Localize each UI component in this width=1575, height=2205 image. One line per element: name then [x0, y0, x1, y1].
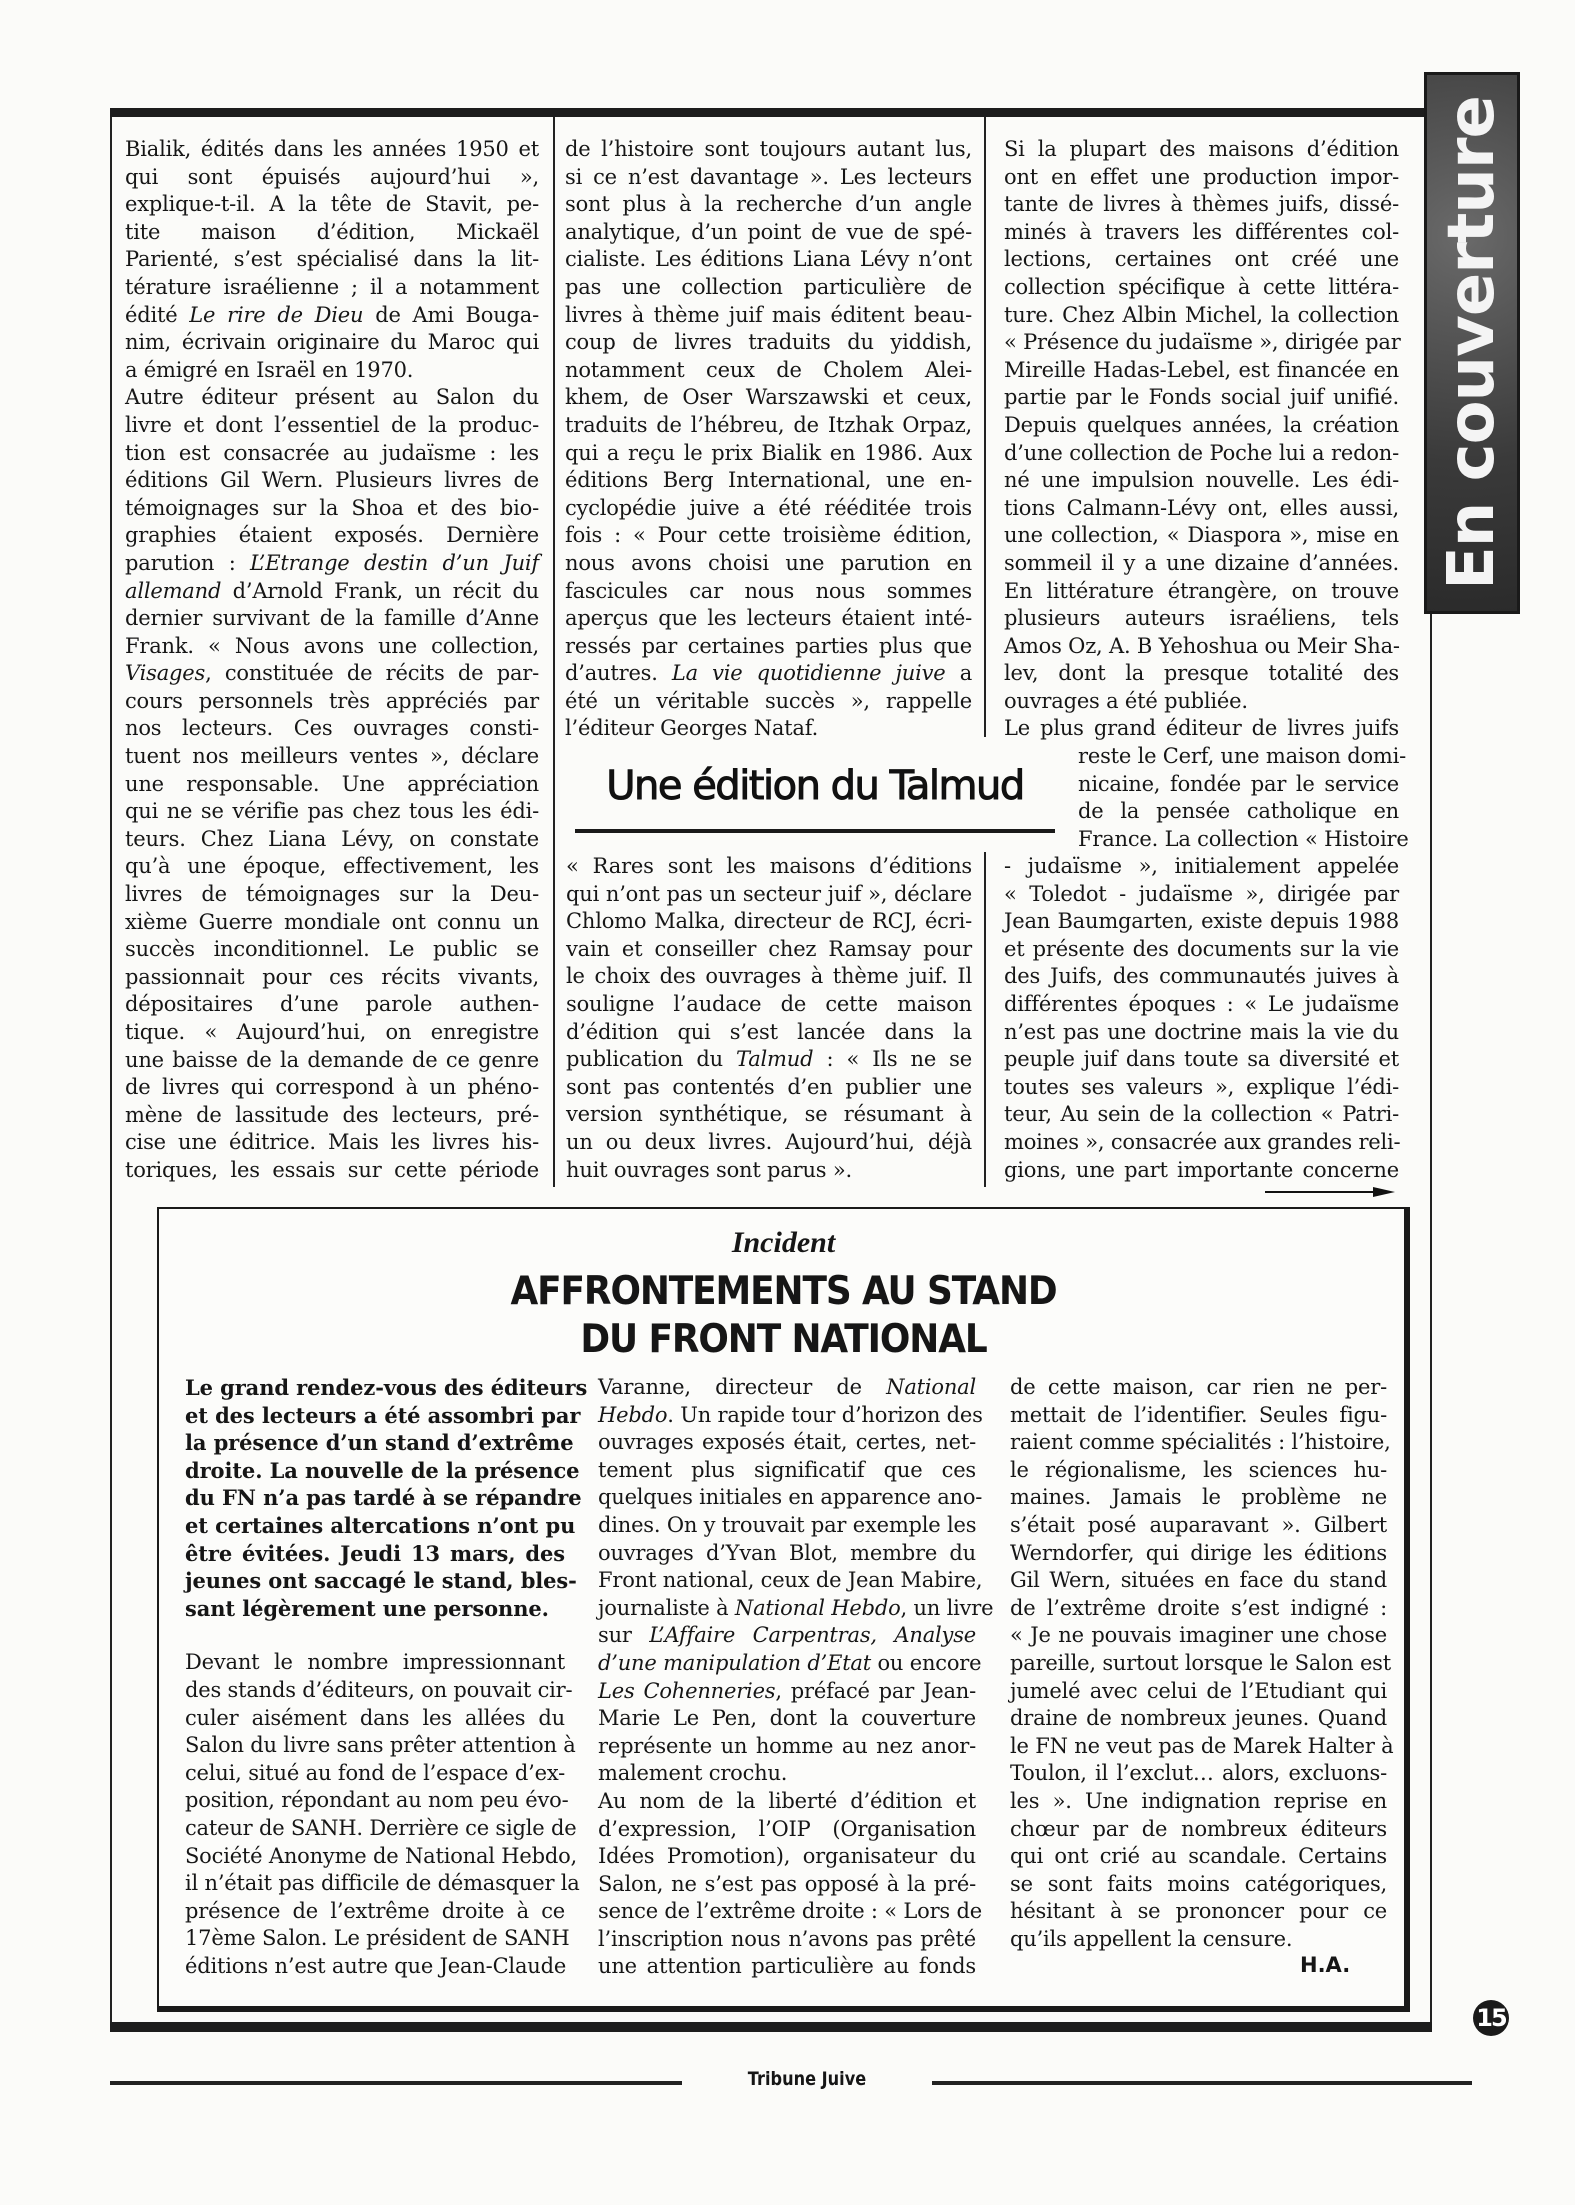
text-line: cise une éditrice. Mais les livres his- — [125, 1129, 539, 1157]
text-line: des stands d’éditeurs, on pouvait cir- — [185, 1677, 565, 1705]
text-line: ture. Chez Albin Michel, la collection — [1004, 302, 1399, 330]
text-line: Les Cohenneries, préfacé par Jean- — [598, 1678, 976, 1706]
text-line: tuent nos meilleurs ventes », déclare — [125, 743, 539, 771]
text-line: d’autres. La vie quotidienne juive a — [565, 660, 972, 688]
text-line: cours personnels très appréciés par — [125, 688, 539, 716]
text-line: droite. La nouvelle de la présence — [185, 1457, 565, 1485]
article-column-3-continued: - judaïsme », initialement appelée« Tole… — [1004, 853, 1399, 1184]
incident-headline: AFFRONTEMENTS AU STAND DU FRONT NATIONAL — [207, 1268, 1360, 1364]
text-line: Au nom de la liberté d’édition et — [598, 1788, 976, 1816]
text-line: d’une collection de Poche lui a redon- — [1004, 440, 1399, 468]
text-line: Si la plupart des maisons d’édition — [1004, 136, 1399, 164]
frame-bottom-rule — [110, 2022, 1432, 2032]
article-column-2: de l’histoire sont toujours autant lus,s… — [565, 136, 972, 743]
text-line: toriques, les essais sur cette période — [125, 1157, 539, 1185]
text-line: une responsable. Une appréciation — [125, 771, 539, 799]
text-line: qui ont crié au scandale. Certains — [1010, 1843, 1387, 1871]
text-line: éditions Gil Wern. Plusieurs livres de — [125, 467, 539, 495]
text-line: moines », consacrée aux grandes reli- — [1004, 1129, 1399, 1157]
text-line: ouvrages exposés était, certes, net- — [598, 1429, 976, 1457]
text-line: né une impulsion nouvelle. Les édi- — [1004, 467, 1399, 495]
text-line: position, répondant au nom peu évo- — [185, 1787, 565, 1815]
text-line: - judaïsme », initialement appelée — [1004, 853, 1399, 881]
text-line: d’expression, l’OIP (Organisation — [598, 1816, 976, 1844]
text-line: graphies étaient exposés. Dernière — [125, 522, 539, 550]
text-line: ouvrages a été publiée. — [1004, 688, 1399, 716]
text-line: sont pas contentés d’en publier une — [566, 1074, 972, 1102]
text-line: Salon du livre sans prêter attention à — [185, 1732, 565, 1760]
text-line: sence de l’extrême droite : « Lors de — [598, 1898, 976, 1926]
text-line: parution : L’Etrange destin d’un Juif — [125, 550, 539, 578]
article-column-3: Si la plupart des maisons d’éditionont e… — [1004, 136, 1399, 743]
text-line: qu’à une époque, effectivement, les — [125, 853, 539, 881]
text-line: tion est consacrée au judaïsme : les — [125, 440, 539, 468]
text-line: journaliste à National Hebdo, un livre — [598, 1595, 976, 1623]
text-line: et présente des documents sur la vie — [1004, 936, 1399, 964]
text-line: Toulon, il l’exclut… alors, excluons- — [1010, 1760, 1387, 1788]
article-column-1: Bialik, édités dans les années 1950 etqu… — [125, 136, 539, 1185]
text-line: ont en effet une production impor- — [1004, 164, 1399, 192]
section-tab: En couverture — [1424, 72, 1520, 614]
continued-arrow-icon — [1265, 1186, 1395, 1198]
text-line: différentes époques : « Le judaïsme — [1004, 991, 1399, 1019]
text-line: si ce n’est davantage ». Les lecteurs — [565, 164, 972, 192]
frame-top-rule — [110, 108, 1432, 117]
text-line: mène de lassitude des lecteurs, pré- — [125, 1102, 539, 1130]
text-line: Société Anonyme de National Hebdo, — [185, 1843, 565, 1871]
text-line: Salon, ne s’est pas opposé à la pré- — [598, 1871, 976, 1899]
text-line: xième Guerre mondiale ont connu un — [125, 909, 539, 937]
text-line: qui a reçu le prix Bialik en 1986. Aux — [565, 440, 972, 468]
incident-kicker: Incident — [157, 1226, 1410, 1260]
text-line: notamment ceux de Cholem Alei- — [565, 357, 972, 385]
text-line: nous avons choisi une parution en — [565, 550, 972, 578]
text-line: gions, une part importante concerne — [1004, 1157, 1399, 1185]
text-line: publication du Talmud : « Ils ne se — [566, 1046, 972, 1074]
column-divider — [984, 117, 986, 737]
incident-column-1: Le grand rendez-vous des éditeurset des … — [185, 1374, 565, 1980]
text-line: Hebdo. Un rapide tour d’horizon des — [598, 1402, 976, 1430]
text-line: Visages, constituée de récits de par- — [125, 660, 539, 688]
text-line: été un véritable succès », rappelle — [565, 688, 972, 716]
text-line: de livres qui correspond à un phéno- — [125, 1074, 539, 1102]
section-tab-label: En couverture — [1435, 96, 1509, 590]
text-line: n’est pas une doctrine mais la vie du — [1004, 1019, 1399, 1047]
text-line: a émigré en Israël en 1970. — [125, 357, 539, 385]
text-line: l’éditeur Georges Nataf. — [565, 715, 972, 743]
text-line: d’édition qui s’est lancée dans la — [566, 1019, 972, 1047]
text-line: « Présence du judaïsme », dirigée par — [1004, 329, 1399, 357]
text-line: l’inscription nous n’avons pas prêté — [598, 1926, 976, 1954]
text-line: quelques initiales en apparence ano- — [598, 1484, 976, 1512]
text-line: nos lecteurs. Ces ouvrages consti- — [125, 715, 539, 743]
text-line: souligne l’audace de cette maison — [566, 991, 972, 1019]
text-line: coup de livres traduits du yiddish, — [565, 329, 972, 357]
text-line: une baisse de la demande de ce genre — [125, 1047, 539, 1075]
column-divider — [984, 852, 986, 1187]
text-line: France. La collection « Histoire — [1078, 826, 1399, 854]
text-line: le régionalisme, les sciences hu- — [1010, 1457, 1387, 1485]
text-line: tement plus significatif que ces — [598, 1457, 976, 1485]
text-line: éditions n’est autre que Jean-Claude — [185, 1953, 565, 1981]
text-line: Le grand rendez-vous des éditeurs — [185, 1374, 565, 1402]
text-line: dépositaires d’une parole authen- — [125, 991, 539, 1019]
text-line: cyclopédie juive a été rééditée trois — [565, 495, 972, 523]
text-line: jeunes ont saccagé le stand, bles- — [185, 1567, 565, 1595]
text-line: allemand d’Arnold Frank, un récit du — [125, 578, 539, 606]
text-line: khem, de Oser Warszawski et ceux, — [565, 384, 972, 412]
text-line: lev, dont la presque totalité des — [1004, 660, 1399, 688]
text-line: Idées Promotion), organisateur du — [598, 1843, 976, 1871]
text-line: sont plus à la recherche d’un angle — [565, 191, 972, 219]
text-line: hésitant à se prononcer pour ce — [1010, 1898, 1387, 1926]
text-line: être évitées. Jeudi 13 mars, des — [185, 1540, 565, 1568]
text-line: ouvrages d’Yvan Blot, membre du — [598, 1540, 976, 1568]
text-line: et des lecteurs a été assombri par — [185, 1402, 565, 1430]
subhead-talmud: Une édition du Talmud — [580, 763, 1050, 809]
text-line: dines. On y trouvait par exemple les — [598, 1512, 976, 1540]
text-line: malement crochu. — [598, 1760, 976, 1788]
text-line: Front national, ceux de Jean Mabire, — [598, 1567, 976, 1595]
text-line: cialiste. Les éditions Liana Lévy n’ont — [565, 246, 972, 274]
text-line: Gil Wern, situées en face du stand — [1010, 1567, 1387, 1595]
text-line: le FN ne veut pas de Marek Halter à — [1010, 1733, 1387, 1761]
text-line: succès inconditionnel. Le public se — [125, 936, 539, 964]
text-line: Devant le nombre impressionnant — [185, 1649, 565, 1677]
text-line: Le plus grand éditeur de livres juifs — [1004, 715, 1399, 743]
text-line: Amos Oz, A. B Yehoshua ou Meir Sha- — [1004, 633, 1399, 661]
text-line: fois : « Pour cette troisième édition, — [565, 522, 972, 550]
text-line: de l’histoire sont toujours autant lus, — [565, 136, 972, 164]
text-line: éditions Berg International, une en- — [565, 467, 972, 495]
text-line: Frank. « Nous avons une collection, — [125, 633, 539, 661]
text-line: de l’extrême droite s’est indigné : — [1010, 1595, 1387, 1623]
text-line: Varanne, directeur de National — [598, 1374, 976, 1402]
text-line: 17ème Salon. Le président de SANH — [185, 1925, 565, 1953]
text-line: Autre éditeur présent au Salon du — [125, 384, 539, 412]
text-line: livres de témoignages sur la Deu- — [125, 881, 539, 909]
text-line: qui n’ont pas un secteur juif », déclare — [566, 881, 972, 909]
author-signature: H.A. — [1300, 1953, 1350, 1977]
text-line: qui sont épuisés aujourd’hui », — [125, 164, 539, 192]
text-line: et certaines altercations n’ont pu — [185, 1512, 565, 1540]
text-line: de cette maison, car rien ne per- — [1010, 1374, 1387, 1402]
text-line: qui ne se vérifie pas chez tous les édi- — [125, 798, 539, 826]
text-line: pas une collection particulière de — [565, 274, 972, 302]
incident-column-2: Varanne, directeur de NationalHebdo. Un … — [598, 1374, 976, 1981]
text-line: édité Le rire de Dieu de Ami Bouga- — [125, 302, 539, 330]
text-line: toutes ses valeurs », explique l’édi- — [1004, 1074, 1399, 1102]
text-line: une attention particulière au fonds — [598, 1953, 976, 1981]
text-line: du FN n’a pas tardé à se répandre — [185, 1484, 565, 1512]
text-line: Mireille Hadas-Lebel, est financée en — [1004, 357, 1399, 385]
footer-publication-name: Tribune Juive — [701, 2068, 914, 2090]
text-line: teur, Au sein de la collection « Patri- — [1004, 1101, 1399, 1129]
text-line: Parienté, s’est spécialisé dans la lit- — [125, 246, 539, 274]
text-line: d’une manipulation d’Etat ou encore — [598, 1650, 976, 1678]
headline-line-2: DU FRONT NATIONAL — [207, 1316, 1360, 1364]
text-line: présence de l’extrême droite à ce — [185, 1898, 565, 1926]
text-line: passionnait pour ces récits vivants, — [125, 964, 539, 992]
text-line: représente un homme au nez anor- — [598, 1733, 976, 1761]
text-line: « Toledot - judaïsme », dirigée par — [1004, 881, 1399, 909]
text-line: maines. Jamais le problème ne — [1010, 1484, 1387, 1512]
text-line: collection spécifique à cette littéra- — [1004, 274, 1399, 302]
text-line: culer aisément dans les allées du — [185, 1705, 565, 1733]
text-line: nicaine, fondée par le service — [1078, 771, 1399, 799]
text-line: sommeil il y a une dizaine d’années. — [1004, 550, 1399, 578]
footer-rule-left — [110, 2081, 682, 2085]
text-line: des Juifs, des communautés juives à — [1004, 963, 1399, 991]
text-line: partie par le Fonds social juif unifié. — [1004, 384, 1399, 412]
text-line: Marie Le Pen, dont la couverture — [598, 1705, 976, 1733]
text-line: plusieurs auteurs israéliens, tels — [1004, 605, 1399, 633]
text-line: Werndorfer, qui dirige les éditions — [1010, 1540, 1387, 1568]
text-line: nim, écrivain originaire du Maroc qui — [125, 329, 539, 357]
text-line: sant légèrement une personne. — [185, 1595, 565, 1623]
text-line: raient comme spécialités : l’histoire, — [1010, 1429, 1387, 1457]
text-line: « Rares sont les maisons d’éditions — [566, 853, 972, 881]
text-line: cateur de SANH. Derrière ce sigle de — [185, 1815, 565, 1843]
text-line: témoignages sur la Shoa et des bio- — [125, 495, 539, 523]
text-line: sur L’Affaire Carpentras, Analyse — [598, 1622, 976, 1650]
text-line: livres à thème juif mais éditent beau- — [565, 302, 972, 330]
text-line: dernier survivant de la famille d’Anne — [125, 605, 539, 633]
text-line: de la pensée catholique en — [1078, 798, 1399, 826]
text-line: ressés par certaines parties plus que — [565, 633, 972, 661]
incident-column-3: de cette maison, car rien ne per-mettait… — [1010, 1374, 1387, 1953]
subhead-rule — [575, 829, 1055, 833]
text-line: Jean Baumgarten, existe depuis 1988 — [1004, 908, 1399, 936]
text-line: une collection, « Diaspora », mise en — [1004, 522, 1399, 550]
text-line: Depuis quelques années, la création — [1004, 412, 1399, 440]
text-line: explique-t-il. A la tête de Stavit, pe- — [125, 191, 539, 219]
text-line: s’était posé auparavant ». Gilbert — [1010, 1512, 1387, 1540]
text-line: fascicules car nous nous sommes — [565, 578, 972, 606]
text-line: aperçus que les lecteurs étaient inté- — [565, 605, 972, 633]
headline-line-1: AFFRONTEMENTS AU STAND — [207, 1268, 1360, 1316]
text-line: version synthétique, se résumant à — [566, 1101, 972, 1129]
article-column-3-wrap: reste le Cerf, une maison domi-nicaine, … — [1078, 743, 1399, 853]
text-line: le choix des ouvrages à thème juif. Il — [566, 963, 972, 991]
text-line: reste le Cerf, une maison domi- — [1078, 743, 1399, 771]
text-line: Chlomo Malka, directeur de RCJ, écri- — [566, 908, 972, 936]
text-line: tique. « Aujourd’hui, on enregistre — [125, 1019, 539, 1047]
column-divider — [553, 117, 555, 1187]
talmud-paragraph: « Rares sont les maisons d’éditionsqui n… — [566, 853, 972, 1184]
text-line: vain et conseiller chez Ramsay pour — [566, 936, 972, 964]
text-line: la présence d’un stand d’extrême — [185, 1429, 565, 1457]
text-line: draine de nombreux jeunes. Quand — [1010, 1705, 1387, 1733]
text-line: pareille, surtout lorsque le Salon est — [1010, 1650, 1387, 1678]
text-line: térature israélienne ; il a notamment — [125, 274, 539, 302]
text-line: jumelé avec celui de l’Etudiant qui — [1010, 1678, 1387, 1706]
text-line: En littérature étrangère, on trouve — [1004, 578, 1399, 606]
text-line: minés à travers les différentes col- — [1004, 219, 1399, 247]
text-line: un ou deux livres. Aujourd’hui, déjà — [566, 1129, 972, 1157]
text-line: huit ouvrages sont parus ». — [566, 1157, 972, 1185]
text-line: tite maison d’édition, Mickaël — [125, 219, 539, 247]
text-line: il n’était pas difficile de démasquer la — [185, 1870, 565, 1898]
footer-rule-right — [932, 2081, 1472, 2085]
text-line: qu’ils appellent la censure. — [1010, 1926, 1387, 1954]
text-line: analytique, d’un point de vue de spé- — [565, 219, 972, 247]
text-line: tante de livres à thèmes juifs, dissé- — [1004, 191, 1399, 219]
text-line: se sont faits moins catégoriques, — [1010, 1871, 1387, 1899]
paragraph-gap — [185, 1622, 565, 1649]
text-line: peuple juif dans toute sa diversité et — [1004, 1046, 1399, 1074]
text-line: Bialik, édités dans les années 1950 et — [125, 136, 539, 164]
text-line: les ». Une indignation reprise en — [1010, 1788, 1387, 1816]
text-line: mettait de l’identifier. Seules figu- — [1010, 1402, 1387, 1430]
text-line: teurs. Chez Liana Lévy, on constate — [125, 826, 539, 854]
page-number-badge: 15 — [1473, 2000, 1509, 2036]
text-line: livre et dont l’essentiel de la produc- — [125, 412, 539, 440]
text-line: lections, certaines ont créé une — [1004, 246, 1399, 274]
text-line: chœur par de nombreux éditeurs — [1010, 1816, 1387, 1844]
text-line: « Je ne pouvais imaginer une chose — [1010, 1622, 1387, 1650]
text-line: celui, situé au fond de l’espace d’ex- — [185, 1760, 565, 1788]
text-line: traduits de l’hébreu, de Itzhak Orpaz, — [565, 412, 972, 440]
text-line: tions Calmann-Lévy ont, elles aussi, — [1004, 495, 1399, 523]
